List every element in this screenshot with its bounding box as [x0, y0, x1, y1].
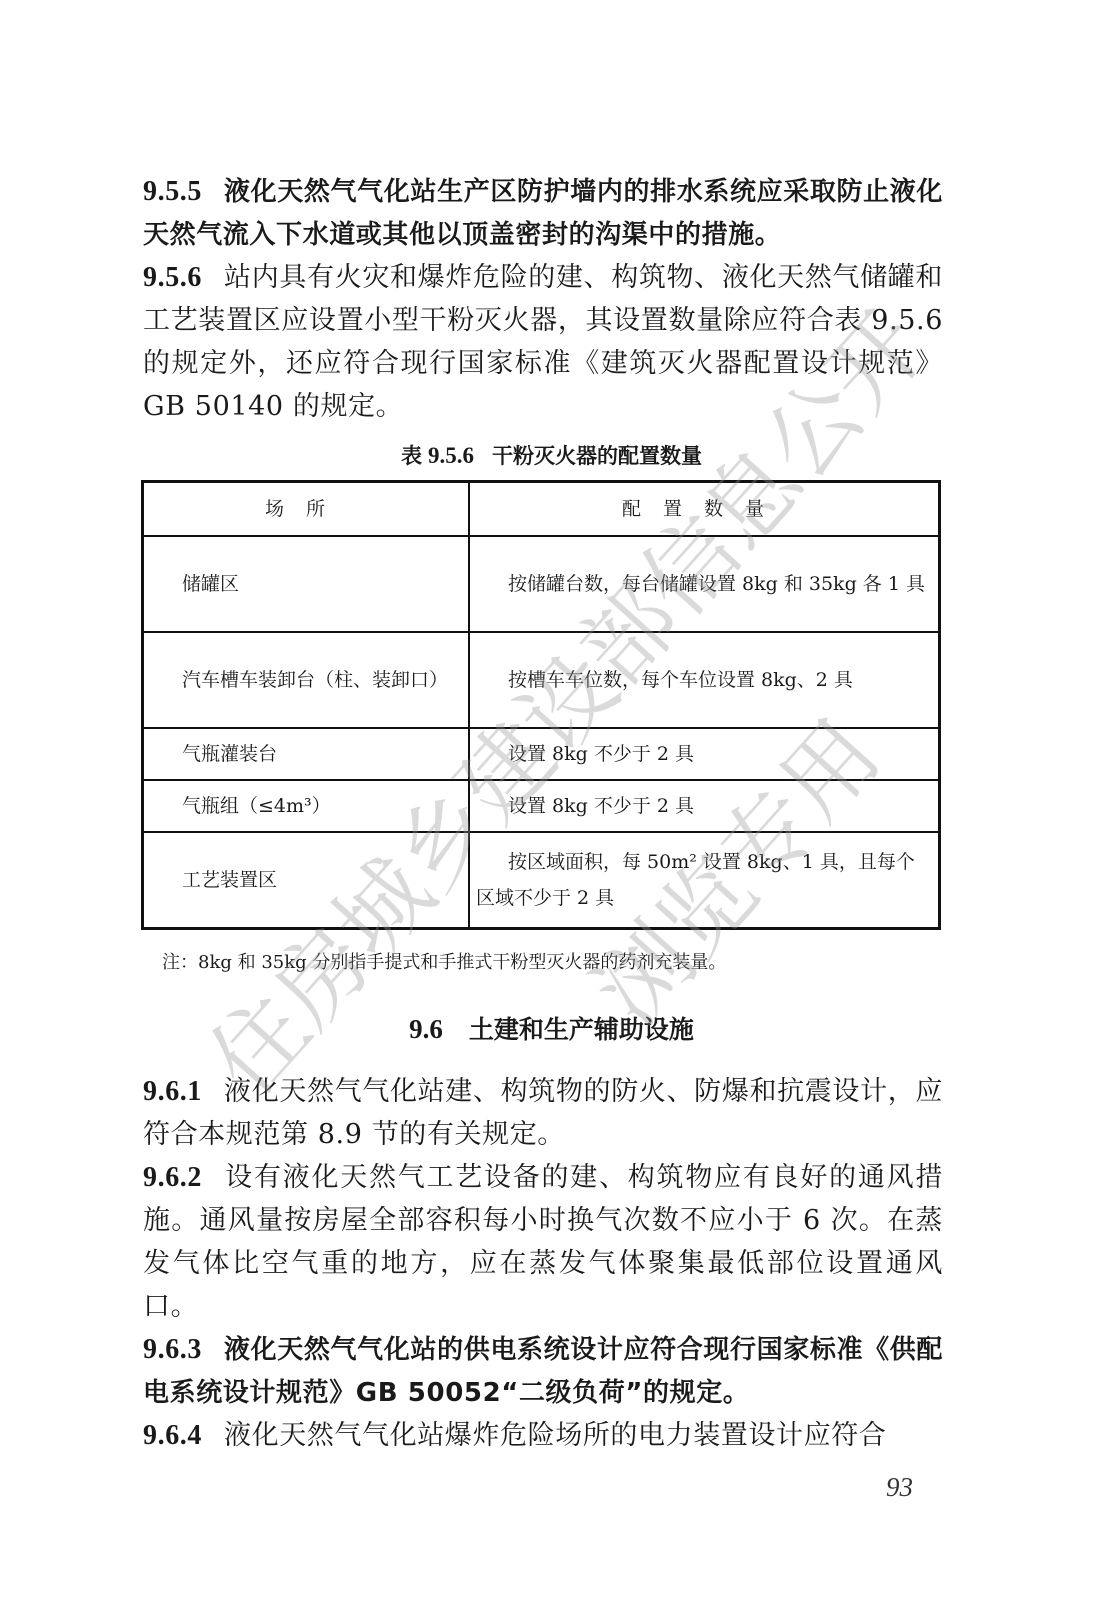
extinguisher-table: 场所 配置数量 储罐区 按储罐台数，每台储罐设置 8kg 和 35kg 各 1 …	[141, 480, 941, 930]
clause-9-5-5: 9.5.5液化天然气气化站生产区防护墙内的排水系统应采取防止液化天然气流入下水道…	[143, 170, 943, 257]
section-title: 土建和生产辅助设施	[469, 1015, 694, 1044]
clause-9-6-1: 9.6.1液化天然气气化站建、构筑物的防火、防爆和抗震设计，应符合本规范第 8.…	[143, 1070, 943, 1156]
clause-text: 液化天然气气化站生产区防护墙内的排水系统应采取防止液化天然气流入下水道或其他以顶…	[143, 177, 943, 250]
header-quantity: 配置数量	[469, 482, 940, 537]
caption-number: 9.5.6	[428, 443, 474, 468]
page-number: 93	[886, 1472, 913, 1503]
clause-9-6-2: 9.6.2设有液化天然气工艺设备的建、构筑物应有良好的通风措施。通风量按房屋全部…	[143, 1156, 943, 1328]
clause-text: 液化天然气气化站的供电系统设计应符合现行国家标准《供配电系统设计规范》GB 50…	[143, 1335, 943, 1408]
clause-text: 液化天然气气化站建、构筑物的防火、防爆和抗震设计，应符合本规范第 8.9 节的有…	[143, 1076, 943, 1150]
header-location: 场所	[143, 482, 470, 537]
clause-number: 9.5.6	[143, 262, 202, 293]
cell-quantity: 设置 8kg 不少于 2 具	[469, 728, 940, 780]
cell-location: 气瓶组（≤4m³）	[143, 780, 470, 832]
cell-quantity: 按区域面积，每 50m² 设置 8kg、1 具，且每个区域不少于 2 具	[469, 832, 940, 928]
clause-text: 站内具有火灾和爆炸危险的建、构筑物、液化天然气储罐和工艺装置区应设置小型干粉灭火…	[143, 262, 943, 422]
clause-9-6-4: 9.6.4液化天然气气化站爆炸危险场所的电力装置设计应符合	[143, 1414, 943, 1457]
table-row: 汽车槽车装卸台（柱、装卸口） 按槽车车位数，每个车位设置 8kg、2 具	[143, 632, 940, 728]
clause-number: 9.6.3	[143, 1334, 202, 1365]
document-page: 9.5.5液化天然气气化站生产区防护墙内的排水系统应采取防止液化天然气流入下水道…	[0, 0, 1103, 1598]
cell-location: 储罐区	[143, 536, 470, 632]
clause-number: 9.6.4	[143, 1420, 202, 1451]
cell-location: 工艺装置区	[143, 832, 470, 928]
section-number: 9.6	[409, 1014, 443, 1044]
table-note: 注：8kg 和 35kg 分别指手提式和手推式干粉型灭火器的药剂充装量。	[162, 948, 726, 974]
clause-number: 9.6.2	[143, 1162, 202, 1193]
cell-quantity: 设置 8kg 不少于 2 具	[469, 780, 940, 832]
table-caption: 表9.5.6干粉灭火器的配置数量	[0, 440, 1103, 470]
caption-title: 干粉灭火器的配置数量	[492, 444, 702, 468]
section-heading: 9.6土建和生产辅助设施	[0, 1010, 1103, 1046]
clause-9-5-6: 9.5.6站内具有火灾和爆炸危险的建、构筑物、液化天然气储罐和工艺装置区应设置小…	[143, 256, 943, 428]
cell-quantity: 按槽车车位数，每个车位设置 8kg、2 具	[469, 632, 940, 728]
table-header-row: 场所 配置数量	[143, 482, 940, 537]
table-row: 气瓶灌装台 设置 8kg 不少于 2 具	[143, 728, 940, 780]
clause-text: 设有液化天然气工艺设备的建、构筑物应有良好的通风措施。通风量按房屋全部容积每小时…	[143, 1162, 943, 1322]
clause-9-6-3: 9.6.3液化天然气气化站的供电系统设计应符合现行国家标准《供配电系统设计规范》…	[143, 1328, 943, 1415]
cell-location: 汽车槽车装卸台（柱、装卸口）	[143, 632, 470, 728]
table-row: 储罐区 按储罐台数，每台储罐设置 8kg 和 35kg 各 1 具	[143, 536, 940, 632]
clause-text: 液化天然气气化站爆炸危险场所的电力装置设计应符合	[224, 1420, 886, 1451]
cell-location: 气瓶灌装台	[143, 728, 470, 780]
table-row: 工艺装置区 按区域面积，每 50m² 设置 8kg、1 具，且每个区域不少于 2…	[143, 832, 940, 928]
clause-number: 9.5.5	[143, 176, 202, 207]
table-row: 气瓶组（≤4m³） 设置 8kg 不少于 2 具	[143, 780, 940, 832]
clause-number: 9.6.1	[143, 1076, 202, 1107]
caption-prefix: 表	[401, 444, 422, 468]
cell-quantity: 按储罐台数，每台储罐设置 8kg 和 35kg 各 1 具	[469, 536, 940, 632]
